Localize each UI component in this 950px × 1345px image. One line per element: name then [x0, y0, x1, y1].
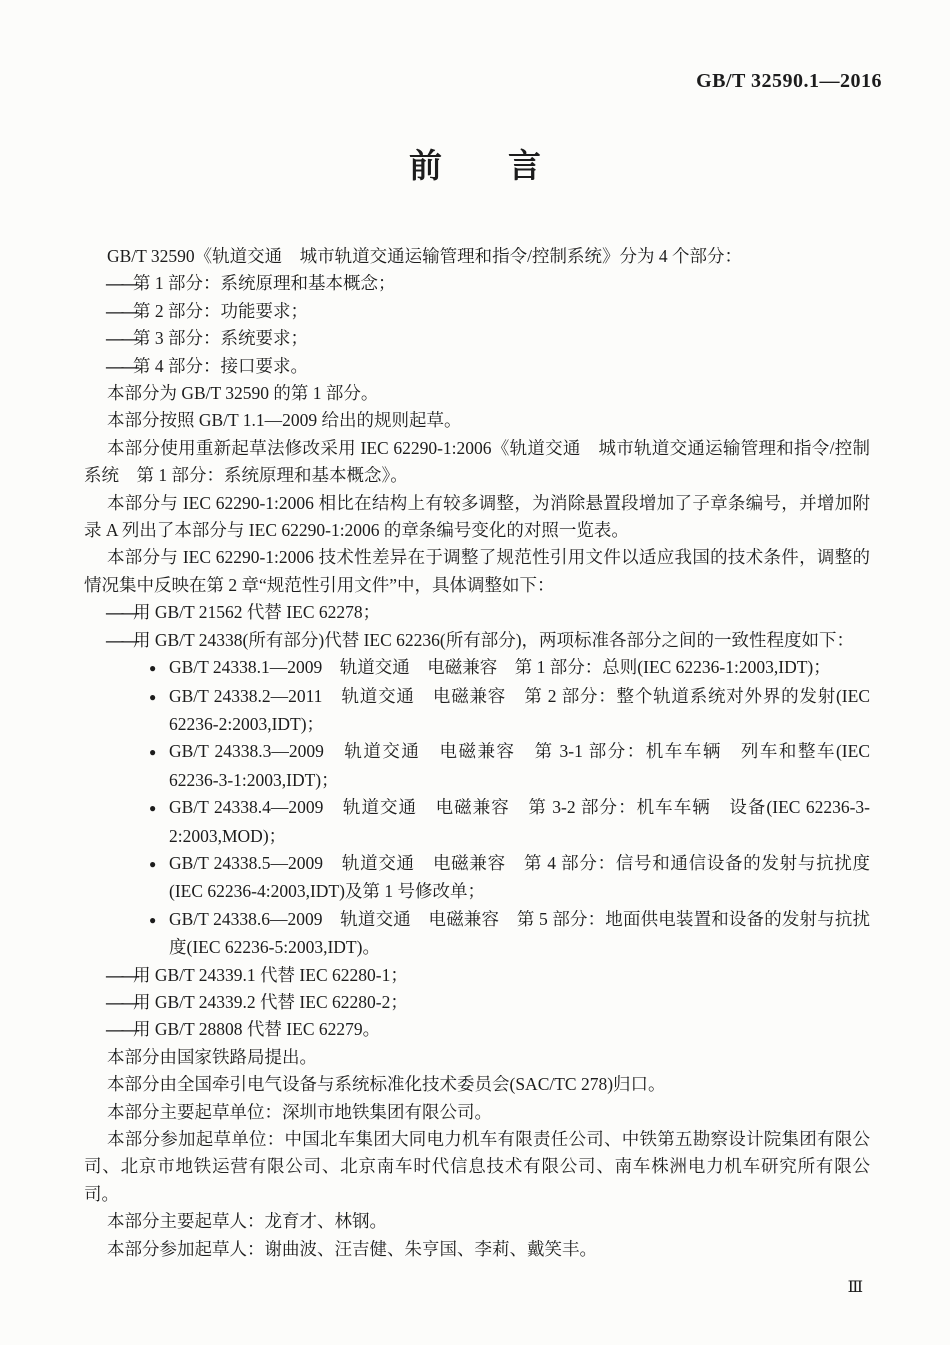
- bullet-list-item: ●GB/T 24338.6—2009 轨道交通 电磁兼容 第 5 部分：地面供电…: [84, 906, 870, 962]
- paragraph-text: 本部分主要起草单位：深圳市地铁集团有限公司。: [107, 1102, 492, 1122]
- bullet-icon: ●: [149, 907, 169, 934]
- paragraph: 本部分按照 GB/T 1.1—2009 给出的规则起草。: [84, 407, 870, 434]
- list-item-text: 第 2 部分：功能要求；: [133, 301, 308, 321]
- bullet-list-item: ●GB/T 24338.5—2009 轨道交通 电磁兼容 第 4 部分：信号和通…: [84, 850, 870, 906]
- document-page: GB/T 32590.1—2016 前 言 GB/T 32590《轨道交通 城市…: [0, 0, 950, 1345]
- dash-list-item: ——第 3 部分：系统要求；: [84, 325, 870, 352]
- dash-marker: ——: [106, 962, 133, 989]
- paragraph-text: GB/T 32590《轨道交通 城市轨道交通运输管理和指令/控制系统》分为 4 …: [107, 246, 742, 266]
- paragraph: 本部分参加起草人：谢曲波、汪吉健、朱亨国、李莉、戴笑丰。: [84, 1236, 870, 1263]
- dash-marker: ——: [106, 298, 133, 325]
- dash-marker: ——: [106, 989, 133, 1016]
- bullet-list-item: ●GB/T 24338.1—2009 轨道交通 电磁兼容 第 1 部分：总则(I…: [84, 654, 870, 682]
- paragraph-text: 本部分主要起草人：龙育才、林钢。: [107, 1211, 387, 1231]
- paragraph-text: 本部分参加起草单位：中国北车集团大同电力机车有限责任公司、中铁第五勘察设计院集团…: [84, 1129, 870, 1204]
- paragraph-text: 本部分为 GB/T 32590 的第 1 部分。: [107, 383, 378, 403]
- paragraph: 本部分为 GB/T 32590 的第 1 部分。: [84, 380, 870, 407]
- bullet-list-item: ●GB/T 24338.4—2009 轨道交通 电磁兼容 第 3-2 部分：机车…: [84, 794, 870, 850]
- list-item-text: 用 GB/T 24338(所有部分)代替 IEC 62236(所有部分)，两项标…: [133, 630, 854, 650]
- list-item-text: 用 GB/T 21562 代替 IEC 62278；: [133, 602, 380, 622]
- list-item-text: GB/T 24338.4—2009 轨道交通 电磁兼容 第 3-2 部分：机车车…: [169, 797, 870, 845]
- paragraph-text: 本部分与 IEC 62290-1:2006 技术性差异在于调整了规范性引用文件以…: [84, 547, 870, 594]
- paragraph: 本部分由全国牵引电气设备与系统标准化技术委员会(SAC/TC 278)归口。: [84, 1071, 870, 1098]
- dash-marker: ——: [106, 353, 133, 380]
- paragraph: GB/T 32590《轨道交通 城市轨道交通运输管理和指令/控制系统》分为 4 …: [84, 243, 870, 270]
- dash-marker: ——: [106, 1016, 133, 1043]
- list-item-text: GB/T 24338.1—2009 轨道交通 电磁兼容 第 1 部分：总则(IE…: [169, 657, 831, 677]
- paragraph: 本部分使用重新起草法修改采用 IEC 62290-1:2006《轨道交通 城市轨…: [84, 435, 870, 490]
- page-number: Ⅲ: [848, 1277, 864, 1297]
- dash-marker: ——: [106, 627, 133, 654]
- dash-list-item: ——用 GB/T 24339.2 代替 IEC 62280-2；: [84, 989, 870, 1016]
- list-item-text: 用 GB/T 28808 代替 IEC 62279。: [133, 1019, 380, 1039]
- dash-list-item: ——用 GB/T 24339.1 代替 IEC 62280-1；: [84, 962, 870, 989]
- paragraph: 本部分参加起草单位：中国北车集团大同电力机车有限责任公司、中铁第五勘察设计院集团…: [84, 1126, 870, 1208]
- list-item-text: GB/T 24338.5—2009 轨道交通 电磁兼容 第 4 部分：信号和通信…: [169, 853, 870, 901]
- list-item-text: 用 GB/T 24339.1 代替 IEC 62280-1；: [133, 965, 408, 985]
- paragraph-text: 本部分使用重新起草法修改采用 IEC 62290-1:2006《轨道交通 城市轨…: [84, 438, 870, 485]
- bullet-icon: ●: [149, 795, 169, 822]
- dash-list-item: ——用 GB/T 24338(所有部分)代替 IEC 62236(所有部分)，两…: [84, 627, 870, 654]
- paragraph-text: 本部分由国家铁路局提出。: [107, 1047, 317, 1067]
- bullet-icon: ●: [149, 851, 169, 878]
- paragraph: 本部分与 IEC 62290-1:2006 相比在结构上有较多调整，为消除悬置段…: [84, 490, 870, 545]
- paragraph-text: 本部分与 IEC 62290-1:2006 相比在结构上有较多调整，为消除悬置段…: [84, 493, 870, 540]
- dash-marker: ——: [106, 599, 133, 626]
- paragraph-text: 本部分按照 GB/T 1.1—2009 给出的规则起草。: [107, 410, 462, 430]
- dash-list-item: ——第 4 部分：接口要求。: [84, 353, 870, 380]
- bullet-icon: ●: [149, 739, 169, 766]
- list-item-text: 第 1 部分：系统原理和基本概念；: [133, 273, 396, 293]
- dash-list-item: ——第 1 部分：系统原理和基本概念；: [84, 270, 870, 297]
- list-item-text: GB/T 24338.6—2009 轨道交通 电磁兼容 第 5 部分：地面供电装…: [169, 909, 870, 957]
- dash-marker: ——: [106, 270, 133, 297]
- paragraph-text: 本部分参加起草人：谢曲波、汪吉健、朱亨国、李莉、戴笑丰。: [107, 1239, 597, 1259]
- foreword-body: GB/T 32590《轨道交通 城市轨道交通运输管理和指令/控制系统》分为 4 …: [84, 243, 870, 1263]
- paragraph: 本部分由国家铁路局提出。: [84, 1044, 870, 1071]
- bullet-list-item: ●GB/T 24338.2—2011 轨道交通 电磁兼容 第 2 部分：整个轨道…: [84, 683, 870, 739]
- document-title: 前 言: [0, 140, 950, 187]
- list-item-text: 第 3 部分：系统要求；: [133, 328, 308, 348]
- list-item-text: 用 GB/T 24339.2 代替 IEC 62280-2；: [133, 992, 408, 1012]
- paragraph: 本部分主要起草人：龙育才、林钢。: [84, 1208, 870, 1235]
- bullet-icon: ●: [149, 655, 169, 682]
- paragraph: 本部分主要起草单位：深圳市地铁集团有限公司。: [84, 1099, 870, 1126]
- list-item-text: 第 4 部分：接口要求。: [133, 356, 308, 376]
- dash-list-item: ——用 GB/T 21562 代替 IEC 62278；: [84, 599, 870, 626]
- paragraph-text: 本部分由全国牵引电气设备与系统标准化技术委员会(SAC/TC 278)归口。: [107, 1074, 666, 1094]
- list-item-text: GB/T 24338.2—2011 轨道交通 电磁兼容 第 2 部分：整个轨道系…: [169, 686, 870, 734]
- paragraph: 本部分与 IEC 62290-1:2006 技术性差异在于调整了规范性引用文件以…: [84, 544, 870, 599]
- standard-number: GB/T 32590.1—2016: [696, 70, 882, 93]
- dash-list-item: ——第 2 部分：功能要求；: [84, 298, 870, 325]
- bullet-icon: ●: [149, 684, 169, 711]
- bullet-list-item: ●GB/T 24338.3—2009 轨道交通 电磁兼容 第 3-1 部分：机车…: [84, 738, 870, 794]
- list-item-text: GB/T 24338.3—2009 轨道交通 电磁兼容 第 3-1 部分：机车车…: [169, 741, 870, 789]
- dash-marker: ——: [106, 325, 133, 352]
- dash-list-item: ——用 GB/T 28808 代替 IEC 62279。: [84, 1016, 870, 1043]
